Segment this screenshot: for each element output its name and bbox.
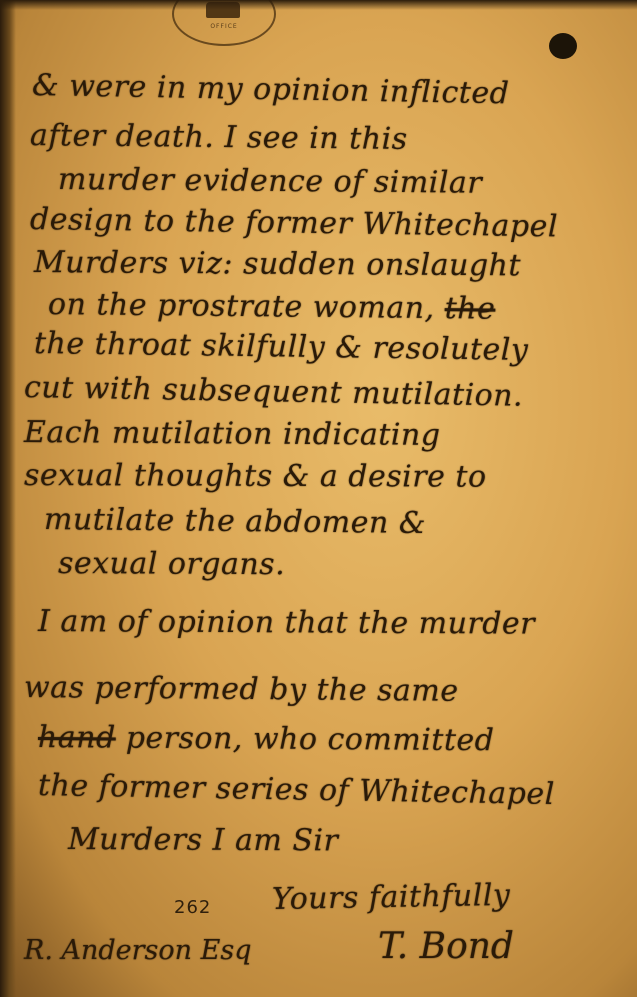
letter-line-10: sexual thoughts & a desire to	[24, 458, 487, 495]
letter-line-17: Murders I am Sir	[68, 822, 339, 858]
letter-line-3: murder evidence of similar	[58, 162, 482, 201]
letter-line-9: Each mutilation indicating	[24, 415, 441, 453]
letter-line-15-text: person, who committed	[126, 721, 495, 759]
letter-line-8: cut with subsequent mutilation.	[24, 370, 524, 414]
struck-word: the	[444, 291, 495, 327]
crown-icon	[206, 2, 240, 18]
letter-line-2: after death. I see in this	[30, 118, 408, 157]
punch-hole	[549, 33, 577, 59]
folio-number: 262	[174, 897, 211, 918]
letter-line-5: Murders viz: sudden onslaught	[34, 245, 521, 283]
letter-line-4: design to the former Whitechapel	[30, 202, 558, 244]
letter-line-7: the throat skilfully & resolutely	[34, 326, 529, 368]
letter-line-6: on the prostrate woman, the	[48, 287, 496, 327]
letter-line-15: hand person, who committed	[38, 720, 495, 758]
letter-line-1: & were in my opinion inflicted	[32, 68, 510, 111]
signature: T. Bond	[378, 926, 514, 967]
letter-line-12: sexual organs.	[58, 546, 285, 582]
letter-line-6-text: on the prostrate woman,	[48, 287, 435, 326]
struck-word: hand	[38, 720, 116, 756]
letter-line-16: the former series of Whitechapel	[38, 768, 555, 812]
letter-line-11: mutilate the abdomen &	[44, 502, 426, 541]
office-stamp: OFFICE	[172, 0, 276, 46]
addressee: R. Anderson Esq	[24, 935, 251, 966]
letter-line-14: was performed by the same	[24, 670, 459, 709]
letter-line-13: I am of opinion that the murder	[38, 604, 535, 642]
manuscript-page: OFFICE & were in my opinion inflicted af…	[0, 0, 637, 997]
stamp-label: OFFICE	[174, 23, 274, 30]
letter-closing: Yours faithfully	[272, 878, 511, 917]
